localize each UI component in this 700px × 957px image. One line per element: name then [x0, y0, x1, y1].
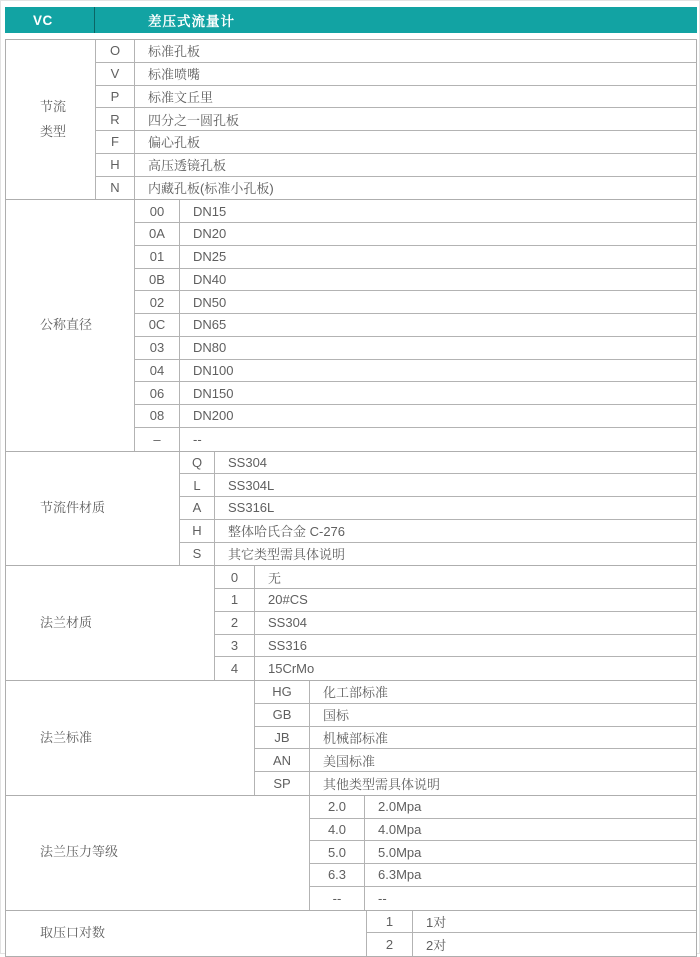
option-description-cell: 内藏孔板(标准小孔板) — [135, 177, 696, 200]
option-code-cell: -- — [310, 887, 365, 910]
option-description-cell: 国标 — [310, 704, 696, 726]
option-code-cell: SP — [255, 772, 310, 795]
option-description-cell: 6.3Mpa — [365, 864, 696, 886]
section-rows: 0无120#CS2SS3043SS316415CrMo — [215, 566, 696, 680]
table-row: 4.04.0Mpa — [310, 819, 696, 842]
option-description-cell: 高压透镜孔板 — [135, 154, 696, 176]
option-description-cell: SS304 — [255, 612, 696, 634]
table-row: 22对 — [367, 933, 696, 956]
section-label-flange-standard: 法兰标准 — [6, 681, 255, 795]
option-description-cell: 美国标准 — [310, 749, 696, 771]
option-code-cell: 01 — [135, 246, 180, 268]
section-rows: 2.02.0Mpa4.04.0Mpa5.05.0Mpa6.36.3Mpa---- — [310, 796, 696, 910]
option-code-cell: 02 — [135, 291, 180, 313]
option-code-cell: 04 — [135, 360, 180, 382]
option-code-cell: JB — [255, 727, 310, 749]
option-code-cell: 2.0 — [310, 796, 365, 818]
table-row: LSS304L — [180, 474, 696, 497]
table-row: 0ADN20 — [135, 223, 696, 246]
table-row: F偏心孔板 — [96, 131, 696, 154]
table-row: 00DN15 — [135, 200, 696, 223]
option-description-cell: DN65 — [180, 314, 696, 336]
option-code-cell: 5.0 — [310, 841, 365, 863]
option-description-cell: DN25 — [180, 246, 696, 268]
option-code-cell: Q — [180, 452, 215, 474]
section-throttle-element-material: 节流件材质QSS304LSS304LASS316LH整体哈氏合金 C-276S其… — [6, 452, 696, 567]
table-row: SP其他类型需具体说明 — [255, 772, 696, 795]
option-description-cell: DN80 — [180, 337, 696, 359]
section-rows: HG化工部标准GB国标JB机械部标准AN美国标准SP其他类型需具体说明 — [255, 681, 696, 795]
option-code-cell: 1 — [367, 911, 413, 933]
section-flange-pressure-rating: 法兰压力等级2.02.0Mpa4.04.0Mpa5.05.0Mpa6.36.3M… — [6, 796, 696, 911]
option-description-cell: -- — [180, 428, 696, 451]
option-description-cell: DN200 — [180, 405, 696, 427]
option-description-cell: DN15 — [180, 200, 696, 222]
option-description-cell: 机械部标准 — [310, 727, 696, 749]
section-label-pressure-tap-pairs: 取压口对数 — [6, 911, 367, 957]
option-description-cell: 1对 — [413, 911, 696, 933]
option-description-cell: 2对 — [413, 933, 696, 956]
option-code-cell: V — [96, 63, 135, 85]
option-code-cell: 2 — [215, 612, 255, 634]
option-code-cell: H — [180, 520, 215, 542]
section-flange-standard: 法兰标准HG化工部标准GB国标JB机械部标准AN美国标准SP其他类型需具体说明 — [6, 681, 696, 796]
table-row: 2.02.0Mpa — [310, 796, 696, 819]
option-code-cell: R — [96, 108, 135, 130]
table-row: 6.36.3Mpa — [310, 864, 696, 887]
option-code-cell: – — [135, 428, 180, 451]
table-row: N内藏孔板(标准小孔板) — [96, 177, 696, 200]
option-code-cell: A — [180, 497, 215, 519]
option-code-cell: L — [180, 474, 215, 496]
option-code-cell: S — [180, 543, 215, 566]
option-code-cell: 6.3 — [310, 864, 365, 886]
table-row: ---- — [310, 887, 696, 910]
table-row: H整体哈氏合金 C-276 — [180, 520, 696, 543]
section-flange-material: 法兰材质0无120#CS2SS3043SS316415CrMo — [6, 566, 696, 681]
option-code-cell: 00 — [135, 200, 180, 222]
table-row: 120#CS — [215, 589, 696, 612]
table-row: 04DN100 — [135, 360, 696, 383]
model-selection-table: VC 差压式流量计 节流 类型O标准孔板V标准喷嘴P标准文丘里R四分之一圆孔板F… — [5, 7, 697, 957]
product-name-cell: 差压式流量计 — [95, 7, 697, 33]
option-description-cell: 偏心孔板 — [135, 131, 696, 153]
option-code-cell: 0 — [215, 566, 255, 588]
option-code-cell: N — [96, 177, 135, 200]
option-description-cell: 其它类型需具体说明 — [215, 543, 696, 566]
option-description-cell: SS304L — [215, 474, 696, 496]
table-row: S其它类型需具体说明 — [180, 543, 696, 566]
option-code-cell: 08 — [135, 405, 180, 427]
option-code-cell: O — [96, 40, 135, 62]
option-description-cell: 2.0Mpa — [365, 796, 696, 818]
option-code-cell: H — [96, 154, 135, 176]
table-row: 0BDN40 — [135, 269, 696, 292]
option-description-cell: DN50 — [180, 291, 696, 313]
option-description-cell: SS316L — [215, 497, 696, 519]
table-row: H高压透镜孔板 — [96, 154, 696, 177]
table-row: R四分之一圆孔板 — [96, 108, 696, 131]
table-row: 01DN25 — [135, 246, 696, 269]
table-row: HG化工部标准 — [255, 681, 696, 704]
table-row: V标准喷嘴 — [96, 63, 696, 86]
table-row: QSS304 — [180, 452, 696, 475]
model-code-cell: VC — [5, 7, 95, 33]
section-rows: QSS304LSS304LASS316LH整体哈氏合金 C-276S其它类型需具… — [180, 452, 696, 566]
table-row: 3SS316 — [215, 635, 696, 658]
option-description-cell: DN40 — [180, 269, 696, 291]
option-description-cell: 整体哈氏合金 C-276 — [215, 520, 696, 542]
option-description-cell: 其他类型需具体说明 — [310, 772, 696, 795]
section-throttle-type: 节流 类型O标准孔板V标准喷嘴P标准文丘里R四分之一圆孔板F偏心孔板H高压透镜孔… — [6, 40, 696, 200]
option-description-cell: 4.0Mpa — [365, 819, 696, 841]
table-row: AN美国标准 — [255, 749, 696, 772]
option-code-cell: 4.0 — [310, 819, 365, 841]
option-code-cell: 4 — [215, 657, 255, 680]
option-description-cell: 15CrMo — [255, 657, 696, 680]
option-description-cell: DN100 — [180, 360, 696, 382]
option-code-cell: 2 — [367, 933, 413, 956]
option-description-cell: SS316 — [255, 635, 696, 657]
table-row: –-- — [135, 428, 696, 451]
option-description-cell: -- — [365, 887, 696, 910]
option-description-cell: 无 — [255, 566, 696, 588]
option-code-cell: 0B — [135, 269, 180, 291]
section-pressure-tap-pairs: 取压口对数11对22对 — [6, 911, 696, 957]
option-code-cell: GB — [255, 704, 310, 726]
table-row: 2SS304 — [215, 612, 696, 635]
option-description-cell: DN20 — [180, 223, 696, 245]
section-rows: O标准孔板V标准喷嘴P标准文丘里R四分之一圆孔板F偏心孔板H高压透镜孔板N内藏孔… — [96, 40, 696, 199]
option-description-cell: DN150 — [180, 382, 696, 404]
option-code-cell: 1 — [215, 589, 255, 611]
table-row: 415CrMo — [215, 657, 696, 680]
option-description-cell: 20#CS — [255, 589, 696, 611]
section-nominal-diameter: 公称直径00DN150ADN2001DN250BDN4002DN500CDN65… — [6, 200, 696, 451]
option-code-cell: F — [96, 131, 135, 153]
section-label-flange-pressure-rating: 法兰压力等级 — [6, 796, 310, 910]
table-row: 0CDN65 — [135, 314, 696, 337]
option-code-cell: AN — [255, 749, 310, 771]
page: VC 差压式流量计 节流 类型O标准孔板V标准喷嘴P标准文丘里R四分之一圆孔板F… — [0, 0, 700, 954]
option-description-cell: 标准喷嘴 — [135, 63, 696, 85]
option-code-cell: 03 — [135, 337, 180, 359]
table-row: 02DN50 — [135, 291, 696, 314]
table-row: 11对 — [367, 911, 696, 934]
table-row: GB国标 — [255, 704, 696, 727]
option-code-cell: 06 — [135, 382, 180, 404]
option-code-cell: HG — [255, 681, 310, 703]
option-code-cell: 0C — [135, 314, 180, 336]
table-row: 03DN80 — [135, 337, 696, 360]
table-row: 5.05.0Mpa — [310, 841, 696, 864]
section-rows: 11对22对 — [367, 911, 696, 957]
table-row: P标准文丘里 — [96, 86, 696, 109]
section-label-flange-material: 法兰材质 — [6, 566, 215, 680]
section-label-throttle-type: 节流 类型 — [6, 40, 96, 199]
table-row: ASS316L — [180, 497, 696, 520]
option-description-cell: 四分之一圆孔板 — [135, 108, 696, 130]
option-description-cell: 标准文丘里 — [135, 86, 696, 108]
section-label-throttle-element-material: 节流件材质 — [6, 452, 180, 566]
table-row: JB机械部标准 — [255, 727, 696, 750]
option-code-cell: 3 — [215, 635, 255, 657]
option-description-cell: SS304 — [215, 452, 696, 474]
section-rows: 00DN150ADN2001DN250BDN4002DN500CDN6503DN… — [135, 200, 696, 450]
option-code-cell: 0A — [135, 223, 180, 245]
table-row: O标准孔板 — [96, 40, 696, 63]
table-row: 08DN200 — [135, 405, 696, 428]
option-code-cell: P — [96, 86, 135, 108]
table-header: VC 差压式流量计 — [5, 7, 697, 33]
selection-table-body: 节流 类型O标准孔板V标准喷嘴P标准文丘里R四分之一圆孔板F偏心孔板H高压透镜孔… — [5, 39, 697, 957]
option-description-cell: 化工部标准 — [310, 681, 696, 703]
option-description-cell: 标准孔板 — [135, 40, 696, 62]
section-label-nominal-diameter: 公称直径 — [6, 200, 135, 450]
table-row: 06DN150 — [135, 382, 696, 405]
table-row: 0无 — [215, 566, 696, 589]
option-description-cell: 5.0Mpa — [365, 841, 696, 863]
